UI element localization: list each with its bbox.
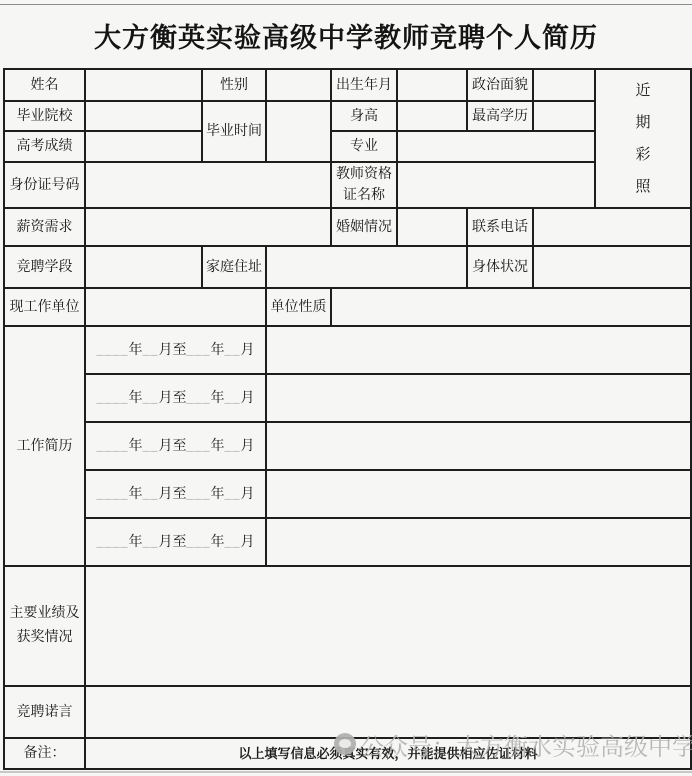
period-blank: ____ — [97, 439, 129, 454]
field-label-remark: 备注： — [4, 738, 85, 769]
period-blank: ____ — [97, 535, 129, 550]
work-period-cell: ____年__月至___年__月 — [85, 518, 266, 566]
remark-text: 以上填写信息必须真实有效，并能提供相应佐证材料 — [85, 738, 691, 769]
row-employer: 现工作单位 单位性质 — [4, 288, 691, 326]
row-stage-address: 竞聘学段 家庭住址 身体状况 — [4, 246, 691, 288]
row-pledge: 竞聘诺言 — [4, 686, 691, 738]
page-bottom-border — [0, 771, 692, 773]
input-cell-id-number — [85, 162, 331, 208]
field-label-political-status: 政治面貌 — [467, 69, 533, 101]
period-blank: ___ — [187, 487, 211, 502]
input-cell-employer-type — [331, 288, 691, 326]
period-blank: __ — [143, 439, 159, 454]
period-blank: ___ — [187, 535, 211, 550]
work-period-cell: ____年__月至___年__月 — [85, 374, 266, 422]
input-cell-physical-condition — [533, 246, 691, 288]
field-label-marital-status: 婚姻情况 — [331, 208, 397, 246]
row-education: 毕业院校 毕业时间 身高 最高学历 — [4, 101, 691, 131]
work-period-cell: ____年__月至___年__月 — [85, 326, 266, 374]
field-label-birth-date: 出生年月 — [331, 69, 397, 101]
period-blank: ____ — [97, 391, 129, 406]
row-basic-info: 姓名 性别 出生年月 政治面貌 近期彩照 — [4, 69, 691, 101]
row-remark: 备注： 以上填写信息必须真实有效，并能提供相应佐证材料 — [4, 738, 691, 769]
input-cell-major — [397, 131, 595, 162]
input-cell-political-status — [533, 69, 595, 101]
resume-form-table: 姓名 性别 出生年月 政治面貌 近期彩照 毕业院校 毕业时间 身高 最高学历 高… — [3, 68, 692, 770]
period-blank: __ — [225, 487, 241, 502]
field-label-apply-stage: 竞聘学段 — [4, 246, 85, 288]
period-blank: __ — [143, 487, 159, 502]
period-blank: __ — [143, 391, 159, 406]
field-label-graduation-time: 毕业时间 — [202, 101, 266, 162]
period-blank: __ — [143, 535, 159, 550]
row-salary-contact: 薪资需求 婚姻情况 联系电话 — [4, 208, 691, 246]
work-description-cell — [266, 374, 691, 422]
field-label-salary-requirement: 薪资需求 — [4, 208, 85, 246]
period-blank: __ — [225, 535, 241, 550]
row-score-major: 高考成绩 专业 — [4, 131, 691, 162]
field-label-employer-type: 单位性质 — [266, 288, 331, 326]
field-label-achievements: 主要业绩及获奖情况 — [4, 566, 85, 686]
work-description-cell — [266, 326, 691, 374]
input-cell-teacher-certificate — [397, 162, 595, 208]
photo-placeholder: 近期彩照 — [595, 69, 691, 208]
period-blank: ___ — [187, 343, 211, 358]
field-label-name: 姓名 — [4, 69, 85, 101]
work-period-cell: ____年__月至___年__月 — [85, 422, 266, 470]
input-cell-gaokao-score — [85, 131, 202, 162]
period-blank: ___ — [187, 391, 211, 406]
input-cell-current-employer — [85, 288, 266, 326]
field-label-teacher-certificate: 教师资格证名称 — [331, 162, 397, 208]
input-cell-height — [397, 101, 467, 131]
period-blank: __ — [143, 343, 159, 358]
work-history-row: ____年__月至___年__月 — [4, 422, 691, 470]
field-label-gaokao-score: 高考成绩 — [4, 131, 85, 162]
work-history-row: 工作简历 ____年__月至___年__月 — [4, 326, 691, 374]
field-label-highest-education: 最高学历 — [467, 101, 533, 131]
input-cell-contact-phone — [533, 208, 691, 246]
field-label-work-resume: 工作简历 — [4, 326, 85, 566]
input-cell-home-address — [266, 246, 467, 288]
field-label-physical-condition: 身体状况 — [467, 246, 533, 288]
work-period-cell: ____年__月至___年__月 — [85, 470, 266, 518]
row-id-certificate: 身份证号码 教师资格证名称 — [4, 162, 691, 208]
period-blank: ___ — [187, 439, 211, 454]
row-achievements: 主要业绩及获奖情况 — [4, 566, 691, 686]
period-blank: ____ — [97, 343, 129, 358]
period-blank: __ — [225, 343, 241, 358]
input-cell-graduate-school — [85, 101, 202, 131]
field-label-home-address: 家庭住址 — [202, 246, 266, 288]
input-cell-gender — [266, 69, 331, 101]
input-cell-name — [85, 69, 202, 101]
input-cell-salary-requirement — [85, 208, 331, 246]
work-history-row: ____年__月至___年__月 — [4, 470, 691, 518]
input-cell-pledge — [85, 686, 691, 738]
work-description-cell — [266, 422, 691, 470]
period-blank: __ — [225, 391, 241, 406]
work-history-row: ____年__月至___年__月 — [4, 374, 691, 422]
field-label-gender: 性别 — [202, 69, 266, 101]
input-cell-graduation-time — [266, 101, 331, 162]
input-cell-birth-date — [397, 69, 467, 101]
field-label-graduate-school: 毕业院校 — [4, 101, 85, 131]
input-cell-marital-status — [397, 208, 467, 246]
input-cell-achievements — [85, 566, 691, 686]
work-history-row: ____年__月至___年__月 — [4, 518, 691, 566]
work-description-cell — [266, 470, 691, 518]
field-label-major: 专业 — [331, 131, 397, 162]
period-blank: ____ — [97, 487, 129, 502]
field-label-height: 身高 — [331, 101, 397, 131]
input-cell-highest-education — [533, 101, 595, 131]
scanned-form-page: 大方衡英实验高级中学教师竞聘个人简历 姓名 性别 出生年月 政治面貌 近期彩照 … — [0, 0, 692, 776]
photo-placeholder-label: 近期彩照 — [635, 75, 652, 203]
field-label-pledge: 竞聘诺言 — [4, 686, 85, 738]
work-description-cell — [266, 518, 691, 566]
form-title: 大方衡英实验高级中学教师竞聘个人简历 — [0, 16, 692, 55]
page-top-border — [0, 4, 692, 5]
input-cell-apply-stage — [85, 246, 202, 288]
field-label-id-number: 身份证号码 — [4, 162, 85, 208]
field-label-contact-phone: 联系电话 — [467, 208, 533, 246]
field-label-current-employer: 现工作单位 — [4, 288, 85, 326]
period-blank: __ — [225, 439, 241, 454]
